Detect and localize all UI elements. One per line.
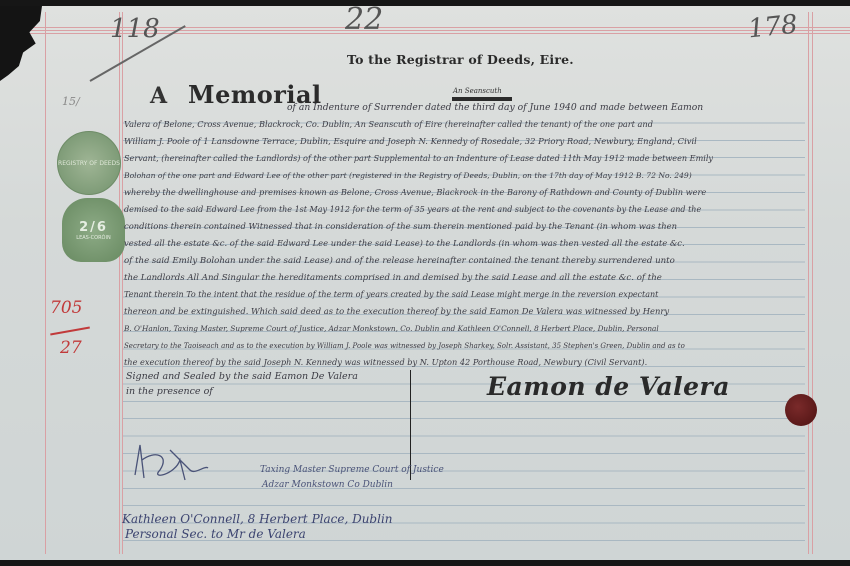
duty-stamp: 2/6 LEAS-CORÓIN — [62, 198, 125, 262]
scan-border-bottom — [0, 560, 850, 566]
red-wax-seal — [785, 394, 817, 426]
folio-number-left: 118 — [110, 14, 160, 44]
witness-2-name-address: Kathleen O'Connell, 8 Herbert Place, Dub… — [122, 512, 393, 526]
duty-stamp-value: 2/6 — [79, 220, 108, 235]
witness-2-title: Personal Sec. to Mr de Valera — [125, 527, 306, 541]
duty-stamp-text: LEAS-CORÓIN — [76, 235, 110, 241]
interlineation-note: An Seanscuth — [453, 87, 502, 95]
seal-text: REGISTRY OF DEEDS — [58, 160, 120, 167]
body-line-16: the execution thereof by the said Joseph… — [124, 350, 804, 369]
attestation-clause: Signed and Sealed by the said Eamon De V… — [126, 369, 358, 399]
red-margin-number-bottom: 27 — [60, 338, 82, 358]
attestation-line-1: Signed and Sealed by the said Eamon De V… — [126, 369, 358, 384]
folio-number-center: 22 — [345, 2, 383, 37]
memorial-article: A — [150, 83, 167, 109]
attestation-line-2: in the presence of — [126, 384, 358, 399]
grantor-signature: Eamon de Valera — [487, 372, 730, 401]
left-margin-rule-2 — [122, 12, 123, 554]
witness-signature-scrawl — [130, 440, 210, 485]
registry-embossed-seal: REGISTRY OF DEEDS — [57, 131, 121, 195]
margin-pencil-note: 15/ — [62, 95, 80, 108]
torn-paper-corner — [0, 6, 42, 81]
registrar-heading: To the Registrar of Deeds, Eire. — [347, 52, 574, 67]
witness-1-address: Adzar Monkstown Co Dublin — [262, 480, 393, 490]
witness-1-title: Taxing Master Supreme Court of Justice — [260, 465, 444, 475]
right-margin-rule-1 — [808, 12, 809, 554]
red-margin-number-top: 705 — [50, 298, 82, 318]
left-outer-margin-rule — [45, 12, 46, 554]
folio-number-right: 178 — [747, 9, 800, 44]
left-margin-rule-1 — [119, 12, 120, 554]
right-margin-rule-2 — [812, 12, 813, 554]
attestation-divider — [410, 370, 411, 480]
